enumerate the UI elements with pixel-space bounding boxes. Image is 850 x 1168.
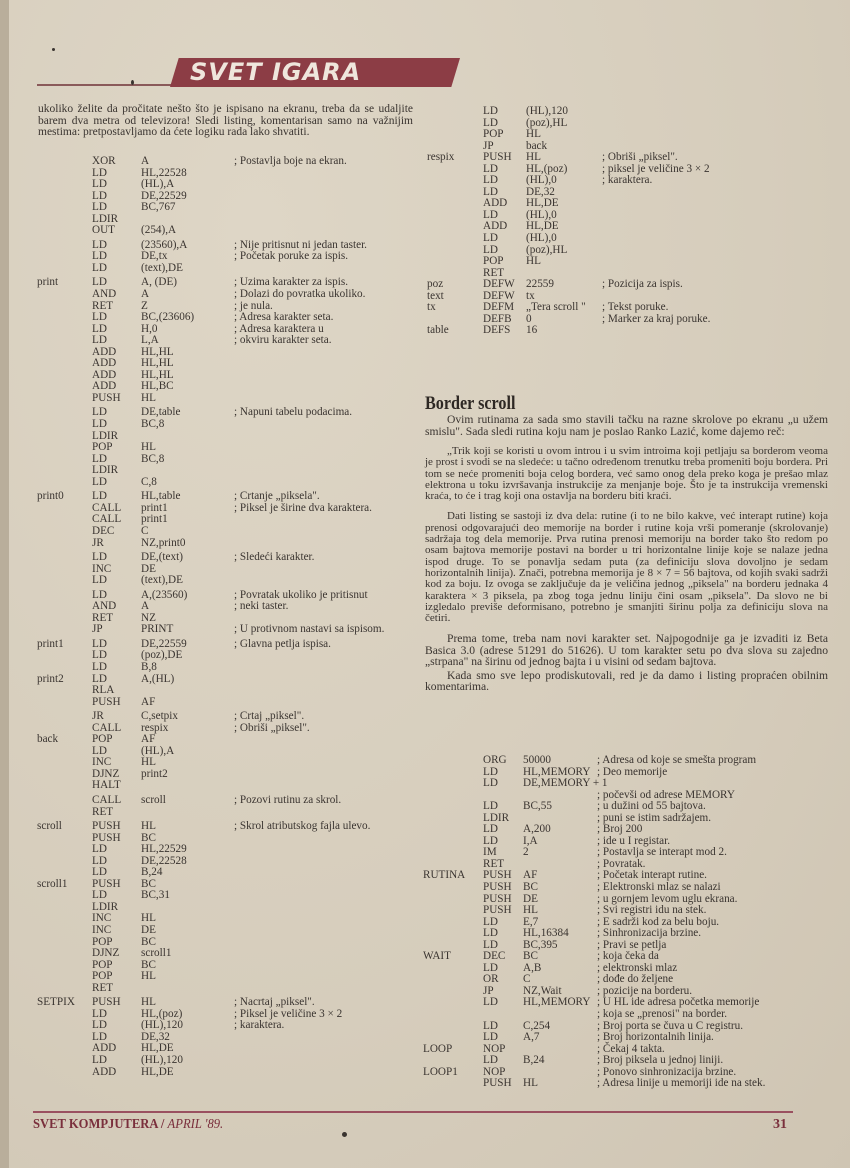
code-operand: BC,767 [141,202,176,214]
code-line: ANDA; Dolazi do povratka ukoliko. [37,289,417,301]
code-line: LDBC,8 [37,419,417,431]
code-line: POPHL [37,442,417,454]
code-comment: ; Sledeći karakter. [234,552,314,564]
code-comment: ; Crtaj „piksel". [234,711,304,723]
code-operand: HL [141,821,156,833]
code-comment: ; Pozovi rutinu za skrol. [234,795,341,807]
code-line: LD(text),DE [37,575,417,587]
code-comment: ; Glavna petlja ispisa. [234,639,331,651]
code-line: respixPUSHHL; Obriši „piksel". [427,152,827,164]
code-line: LDA,7; Broj horizontalnih linija. [423,1032,823,1044]
code-line: scrollPUSHHL; Skrol atributskog fajla ul… [37,821,417,833]
code-opcode: LD [483,801,498,813]
code-opcode: ADD [92,1067,116,1079]
code-line: PUSHBC; Elektronski mlaz se nalazi [423,882,823,894]
code-opcode: OUT [92,225,115,237]
code-opcode: POP [483,256,504,268]
footer-rule [33,1111,793,1113]
code-operand: PRINT [141,624,173,636]
code-line: LDC,8 [37,477,417,489]
code-comment: ; Napuni tabelu podacima. [234,407,352,419]
code-line: PUSHAF [37,697,417,709]
code-operand: (HL),120 [526,106,568,118]
code-label: table [427,325,449,337]
code-opcode: DEC [92,526,114,538]
code-line: OUT(254),A [37,225,417,237]
page-spine-shadow [0,0,9,1168]
code-line: RET [37,983,417,995]
code-operand: (text),DE [141,575,183,587]
code-operand: A,7 [523,1032,539,1044]
section-banner-title: SVET IGARA [190,58,361,87]
code-operand: BC,31 [141,890,170,902]
code-comment: ; okviru karakter seta. [234,335,332,347]
code-operand: C,8 [141,477,157,489]
code-line: POPHL [427,129,827,141]
code-opcode: DEFS [483,325,510,337]
code-line: JRC,setpix; Crtaj „piksel". [37,711,417,723]
code-line: POPHL [37,971,417,983]
code-operand: B,24 [523,1055,544,1067]
article-title: Border scroll [425,393,515,415]
code-line: ORG50000; Adresa od koje se smešta progr… [423,755,823,767]
code-opcode: LD [92,179,107,191]
code-label: WAIT [423,951,451,963]
code-label: scroll [37,821,62,833]
code-operand: B,8 [141,662,157,674]
code-operand: HL [523,1078,538,1090]
code-opcode: LD [483,997,498,1009]
code-line: LD(text),DE [37,263,417,275]
code-line: LDBC,(23606); Adresa karakter seta. [37,312,417,324]
code-line: PUSHHL; Svi registri idu na stek. [423,905,823,917]
code-line: DECC [37,526,417,538]
code-opcode: LD [92,552,107,564]
footer-magazine-name: SVET KOMPJUTERA / [33,1117,164,1132]
code-opcode: LD [92,312,107,324]
code-operand: „Tera scroll " [526,302,586,314]
code-label: print0 [37,491,64,503]
code-comment: ; Skrol atributskog fajla ulevo. [234,821,370,833]
code-operand: HL,DE [141,1067,174,1079]
code-line: ; koja se „prenosi" na border. [423,1009,823,1021]
code-comment: ; karaktera. [602,175,652,187]
code-operand: DE,(text) [141,552,183,564]
section-banner: SVET IGARA [170,58,460,87]
code-listing-right: LD(HL),120LD(poz),HLPOPHLJPbackrespixPUS… [427,106,827,337]
code-line: INCDE [37,925,417,937]
code-operand: A,(HL) [141,674,174,686]
code-operand: C [141,526,148,538]
code-comment: ; Deo memorije [597,767,667,779]
code-opcode: CALL [92,795,121,807]
code-opcode: HALT [92,780,121,792]
code-opcode: POP [483,129,504,141]
code-operand: AF [141,697,155,709]
code-line: LD(HL),120 [37,1055,417,1067]
code-comment: ; Obriši „piksel". [234,723,310,735]
code-opcode: LD [92,419,107,431]
code-opcode: PUSH [483,152,512,164]
code-label: SETPIX [37,997,75,1009]
code-operand: scroll [141,795,166,807]
code-operand: HL [141,393,156,405]
code-operand: HL [141,971,156,983]
code-comment: ; Adresa od koje se smešta program [597,755,756,767]
code-label: print [37,277,58,289]
code-operand: DE,MEMORY + 1 [523,778,608,790]
code-opcode: AND [92,289,116,301]
article-paragraph: Ovim rutinama za sada smo stavili tačku … [425,414,828,437]
code-label: RUTINA [423,870,465,882]
header-rule [37,84,177,86]
code-opcode: PUSH [92,697,121,709]
print-speck [131,80,134,85]
code-comment: ; Marker za kraj poruke. [602,314,710,326]
code-opcode: JR [92,538,104,550]
intro-paragraph: ukoliko želite da pročitate nešto što je… [38,104,413,139]
code-opcode: POP [92,442,113,454]
code-line: LDBC,55; u dužini od 55 bajtova. [423,801,823,813]
code-comment: ; Elektronski mlaz se nalazi [597,882,721,894]
code-line: LDHL,22529 [37,844,417,856]
code-operand: HL [526,152,541,164]
code-operand: A [141,156,149,168]
page-number: 31 [773,1117,787,1133]
code-opcode: INC [92,925,111,937]
code-operand: print2 [141,769,168,781]
code-opcode: JP [92,624,103,636]
code-comment: ; Piksel je širine dva karaktera. [234,503,372,515]
code-label: print2 [37,674,64,686]
code-comment: ; neki taster. [234,601,288,613]
code-comment: ; Svi registri idu na stek. [597,905,706,917]
code-opcode: RLA [92,685,114,697]
code-opcode: PUSH [92,821,121,833]
code-operand: (HL),A [141,179,174,191]
code-line: XORA; Postavlja boje na ekran. [37,156,417,168]
code-operand: BC,(23606) [141,312,194,324]
code-label: LOOP1 [423,1067,458,1079]
code-operand: HL [526,256,541,268]
print-speck [52,48,55,51]
code-line: LDDE,MEMORY + 1 [423,778,823,790]
print-speck [342,1132,347,1137]
code-line: LDDE,(text); Sledeći karakter. [37,552,417,564]
code-operand: (HL),120 [141,1055,183,1067]
code-line: HALT [37,780,417,792]
code-comment: ; Pozicija za ispis. [602,279,683,291]
code-opcode: LD [92,844,107,856]
code-opcode: JR [92,711,104,723]
code-line: CALLscroll; Pozovi rutinu za skrol. [37,795,417,807]
code-operand: A [141,289,149,301]
code-opcode: PUSH [483,1078,512,1090]
code-line: LD(HL),A [37,179,417,191]
code-opcode: RET [92,983,113,995]
code-comment: ; Obriši „piksel". [602,152,678,164]
code-operand: HL [523,905,538,917]
code-operand: C,setpix [141,711,178,723]
code-operand: 16 [526,325,537,337]
code-comment: ; Broj horizontalnih linija. [597,1032,714,1044]
code-opcode: LD [92,662,107,674]
code-opcode: LD [92,263,107,275]
code-opcode: LD [483,233,498,245]
code-comment: ; Postavlja boje na ekran. [234,156,347,168]
code-operand: (HL),0 [526,233,557,245]
code-label: print1 [37,639,64,651]
code-opcode: RET [92,807,113,819]
code-line: LD(HL),120 [427,106,827,118]
code-line: DJNZscroll1 [37,948,417,960]
code-comment: ; U protivnom nastavi sa ispisom. [234,624,384,636]
code-line: JPPRINT; U protivnom nastavi sa ispisom. [37,624,417,636]
code-comment: ; koja se „prenosi" na border. [597,1009,727,1021]
code-operand: (text),DE [141,263,183,275]
code-operand: 2 [523,847,529,859]
code-opcode: LD [483,1032,498,1044]
code-line: PUSHHL; Adresa linije u memoriji ide na … [423,1078,823,1090]
code-opcode: PUSH [92,393,121,405]
code-comment: ; karaktera. [234,1020,284,1032]
code-operand: BC,55 [523,801,552,813]
code-comment: ; Dolazi do povratka ukoliko. [234,289,365,301]
code-opcode: XOR [92,156,116,168]
code-opcode: PUSH [483,882,512,894]
article-body: Ovim rutinama za sada smo stavili tačku … [425,414,828,693]
code-opcode: LD [483,778,498,790]
code-operand: 50000 [523,755,551,767]
code-line: LDBC,767 [37,202,417,214]
code-operand: HL,22529 [141,844,187,856]
code-line: ADDHL,DE [37,1067,417,1079]
code-operand: DE [141,925,156,937]
code-operand: HL [141,442,156,454]
code-opcode: ORG [483,755,507,767]
code-operand: (254),A [141,225,176,237]
code-opcode: LD [92,202,107,214]
code-listing-left: XORA; Postavlja boje na ekran.LDHL,22528… [37,156,417,1078]
code-operand: HL [526,129,541,141]
code-line: RET [37,807,417,819]
code-label: back [37,734,58,746]
code-line: RLA [37,685,417,697]
code-operand: BC [523,882,538,894]
code-opcode: LD [92,575,107,587]
code-operand: scroll1 [141,948,171,960]
code-comment: ; Početak poruke za ispis. [234,251,348,263]
code-line: JRNZ,print0 [37,538,417,550]
code-line: LDB,8 [37,662,417,674]
code-operand: NZ,print0 [141,538,185,550]
code-listing-bottom: ORG50000; Adresa od koje se smešta progr… [423,755,823,1090]
code-operand: BC,8 [141,454,164,466]
article-paragraph: Dati listing se sastoji iz dva dela: rut… [425,511,828,624]
code-operand: BC,8 [141,419,164,431]
code-line: tableDEFS16 [427,325,827,337]
article-paragraph: Prema tome, treba nam novi karakter set.… [425,633,828,668]
code-comment: ; Adresa linije u memoriji ide na stek. [597,1078,765,1090]
footer-publication: SVET KOMPJUTERA / APRIL '89. [33,1117,223,1133]
code-label: tx [427,302,436,314]
code-label: scroll1 [37,879,67,891]
code-line: PUSHHL [37,393,417,405]
footer-issue: APRIL '89. [168,1117,224,1132]
code-line: LD(HL),0 [427,233,827,245]
article-paragraph: „Trik koji se koristi u ovom introu i u … [425,446,828,502]
code-label: respix [427,152,454,164]
code-comment: ; u dužini od 55 bajtova. [597,801,706,813]
code-opcode: LD [483,106,498,118]
code-opcode: LD [92,477,107,489]
code-opcode: POP [92,971,113,983]
code-opcode: PUSH [483,905,512,917]
code-comment: ; Adresa karakter seta. [234,312,333,324]
code-opcode: LD [92,1055,107,1067]
code-operand: HL,MEMORY [523,997,590,1009]
code-line: POPHL [427,256,827,268]
code-label: LOOP [423,1044,452,1056]
article-paragraph: Kada smo sve lepo prodiskutovali, red je… [425,670,828,693]
code-opcode: DJNZ [92,948,119,960]
